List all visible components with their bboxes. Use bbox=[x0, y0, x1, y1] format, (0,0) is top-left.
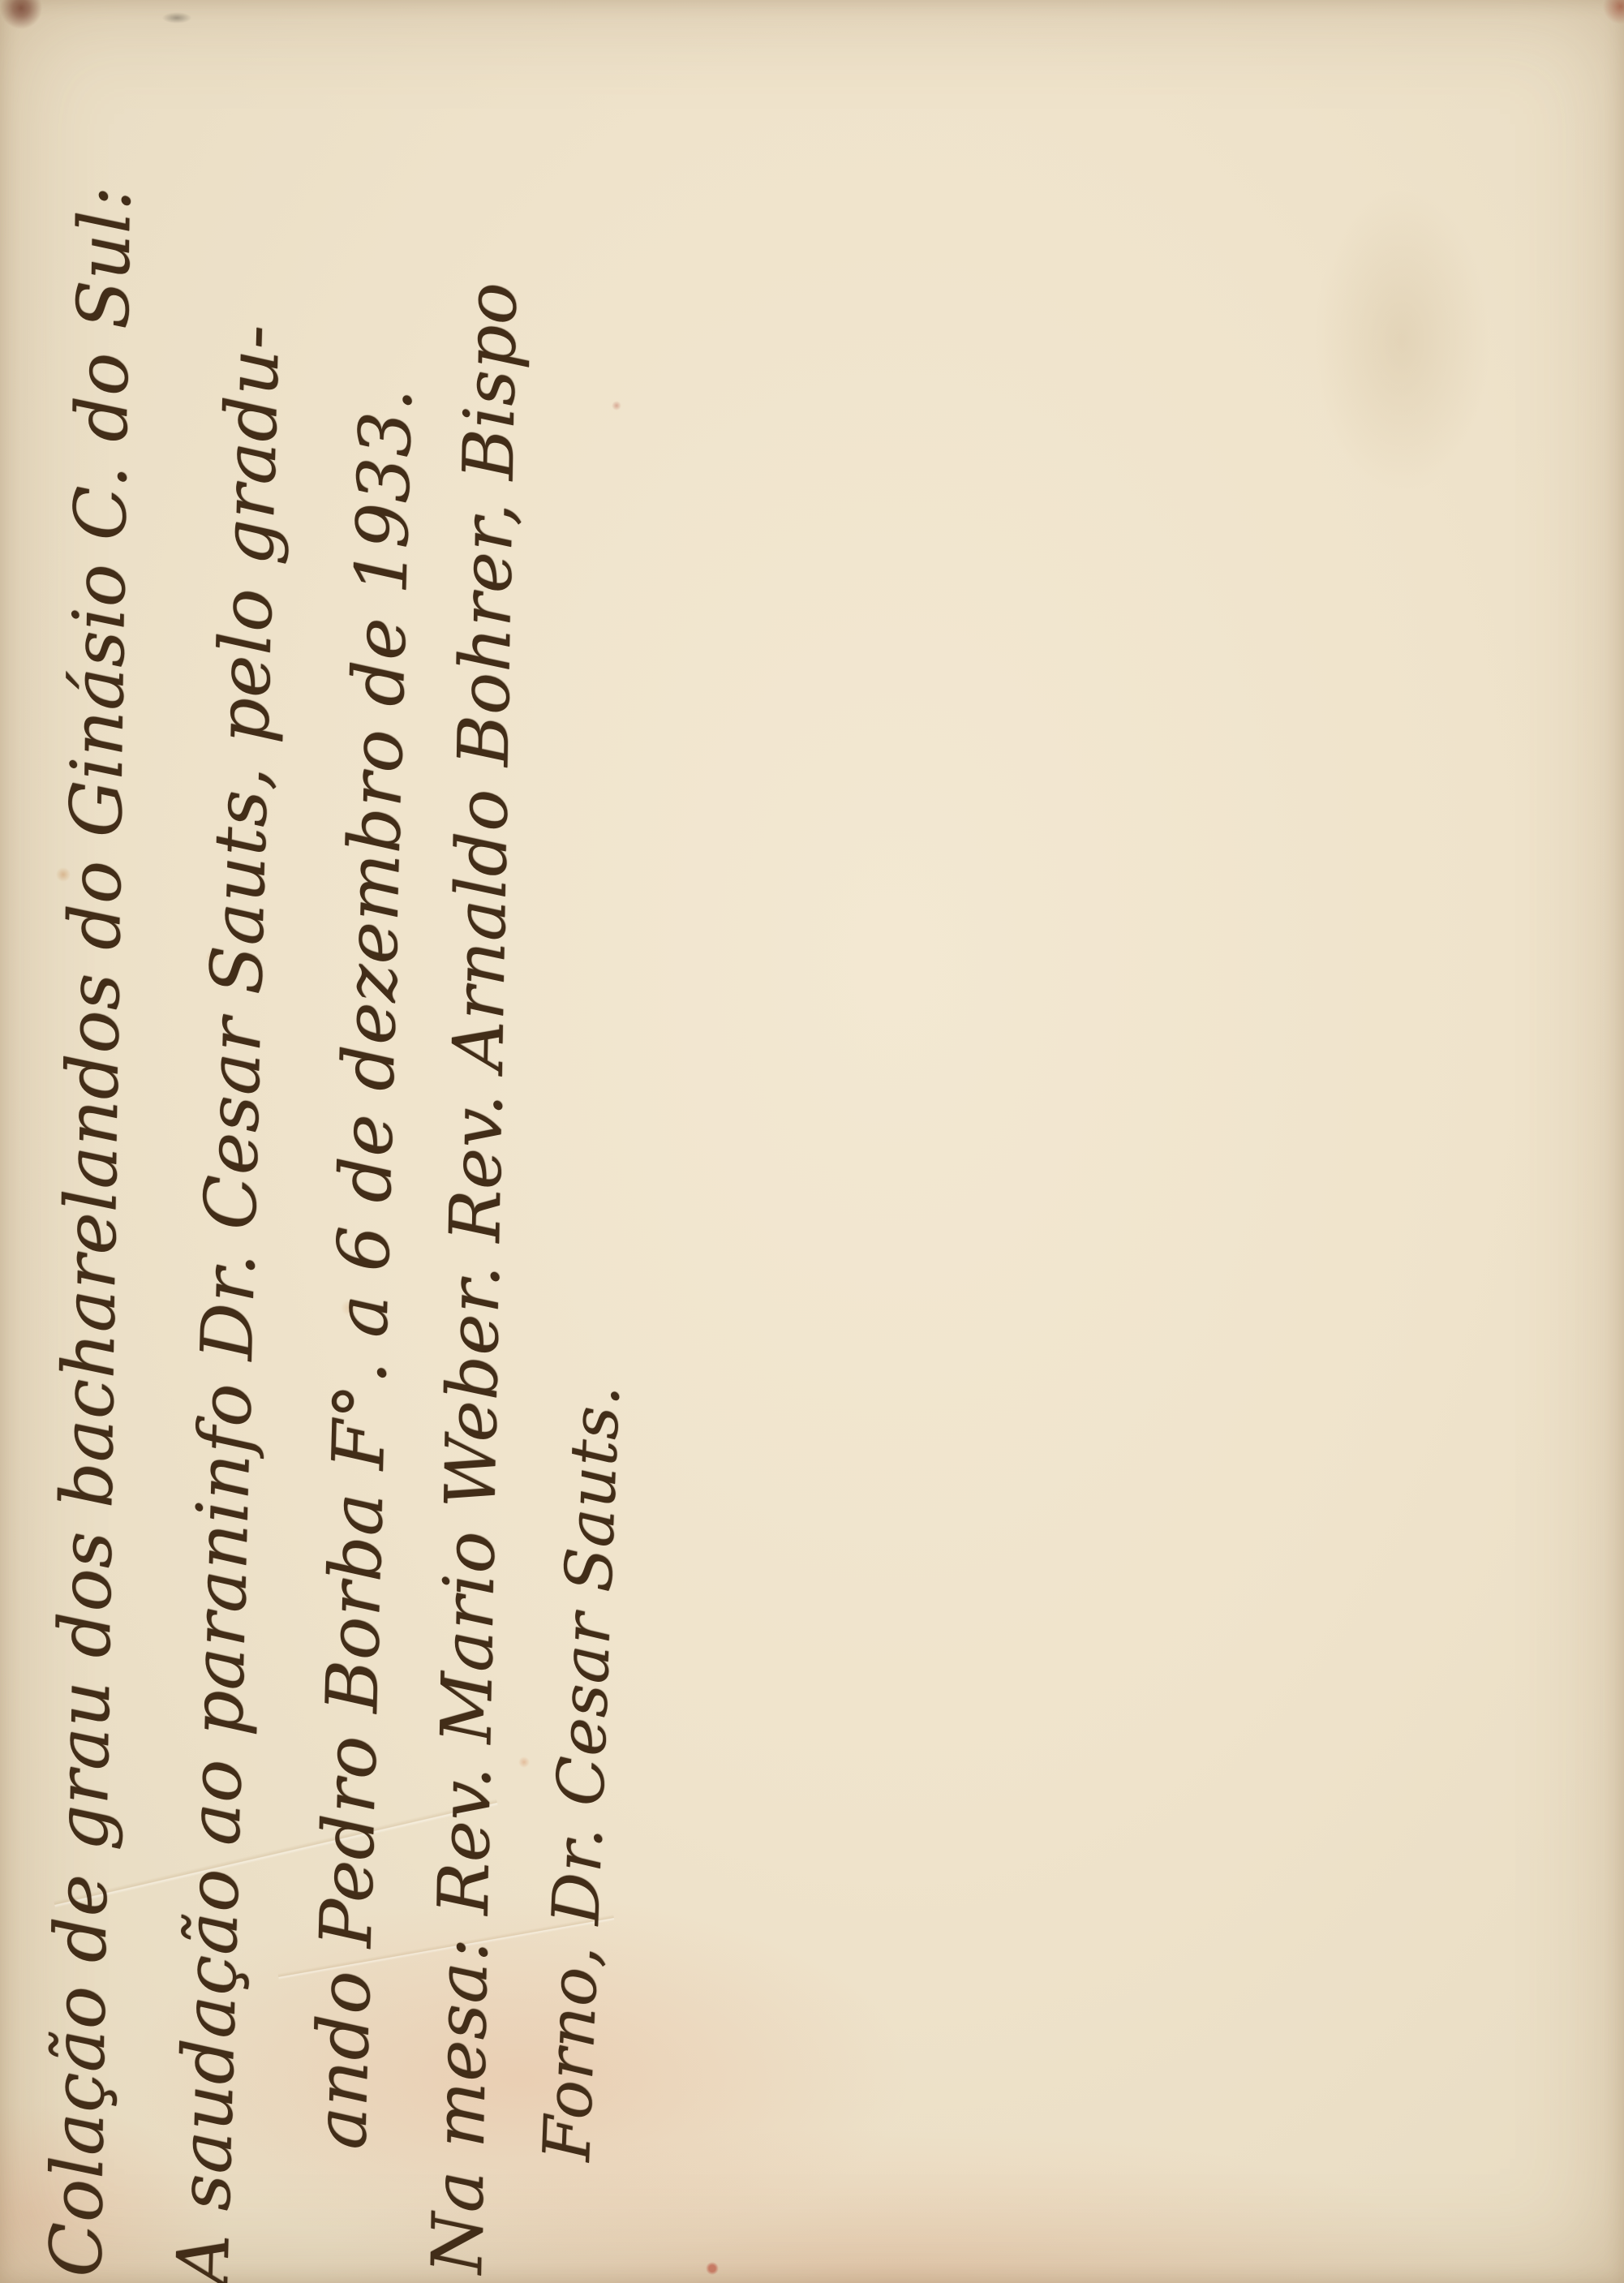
handwritten-line-4: Na mesa: Rev. Mario Weber. Rev. Arnaldo … bbox=[417, 99, 536, 2274]
handwritten-line-1: Colação de grau dos bacharelandos do Gin… bbox=[34, 21, 149, 2277]
photo-verso-paper: Colação de grau dos bacharelandos do Gin… bbox=[0, 0, 1624, 2283]
handwritten-line-2: A saudação ao paraninfo Dr. Cesar Sauts,… bbox=[161, 54, 303, 2283]
handwritten-line-3: ando Pedro Borba F°. a 6 de dezembro de … bbox=[299, 218, 432, 2151]
handwritten-line-5: Forno, Dr. Cesar Sauts. bbox=[529, 1398, 634, 2163]
